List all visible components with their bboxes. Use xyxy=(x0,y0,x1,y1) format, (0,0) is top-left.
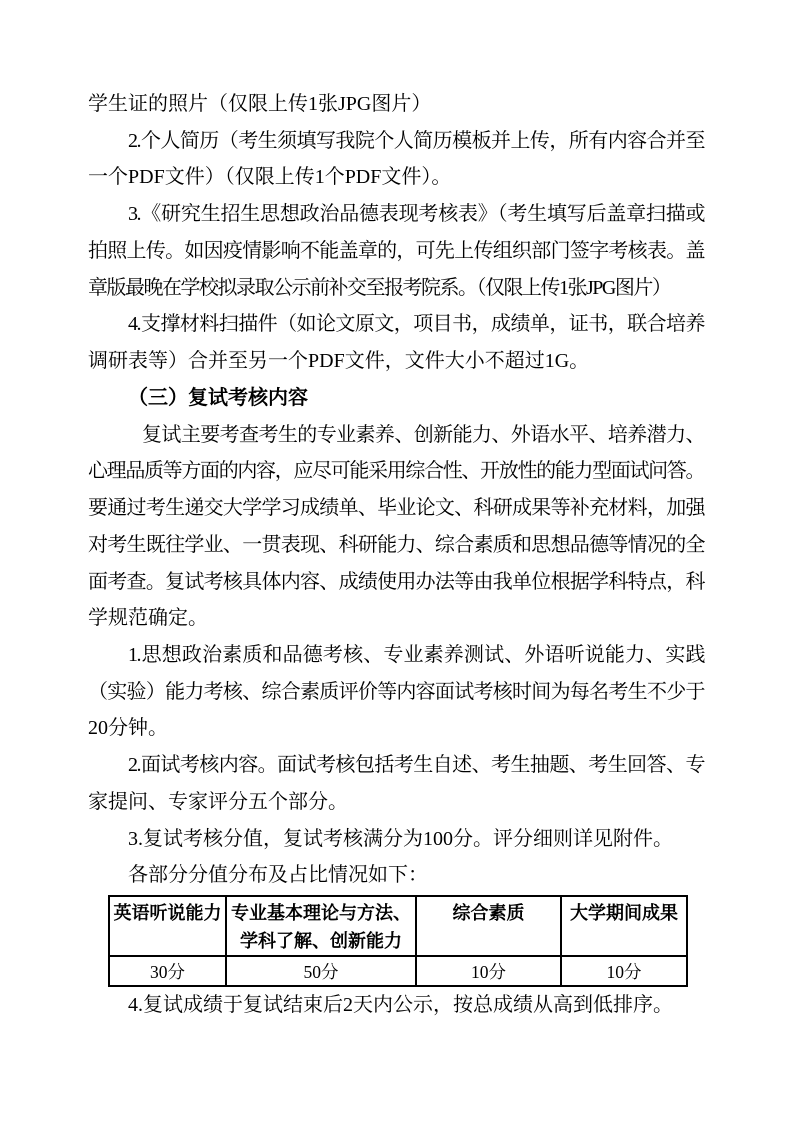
attachment-3-political-morality-form-line-3: 章版最晚在学校拟录取公示前补交至报考院系。（仅限上传1张JPG图片） xyxy=(88,270,704,307)
score-table: 英语听说能力 专业基本理论与方法、 学科了解、创新能力 综合素质 大学期间成果 … xyxy=(108,895,688,987)
table-value-cell-university-achievements: 10分 xyxy=(561,956,687,986)
item-1-assessment-scope-line-2: （实验）能力考核、综合素质评价等内容面试考核时间为每名考生不少于 xyxy=(88,674,704,711)
attachment-1-continuation-line-1: 学生证的照片（仅限上传1张JPG图片） xyxy=(88,86,704,123)
reexam-overview-line-2: 心理品质等方面的内容，应尽可能采用综合性、开放性的能力型面试问答。 xyxy=(88,453,704,490)
attachment-3-political-morality-form-line-1: 3.《研究生招生思想政治品德表现考核表》（考生填写后盖章扫描或 xyxy=(128,196,704,233)
item-4-result-publication-line-1: 4.复试成绩于复试结束后2天内公示，按总成绩从高到低排序。 xyxy=(128,987,704,1024)
item-2-interview-parts-line-2: 家提问、专家评分五个部分。 xyxy=(88,784,704,821)
item-1-assessment-scope-line-1: 1.思想政治素质和品德考核、专业素养测试、外语听说能力、实践 xyxy=(128,637,704,674)
attachment-4-support-materials-line-1: 4.支撑材料扫描件（如论文原文，项目书，成绩单，证书，联合培养 xyxy=(128,306,704,343)
reexam-overview-line-5: 面考查。复试考核具体内容、成绩使用办法等由我单位根据学科特点，科 xyxy=(88,564,704,601)
attachment-2-resume-line-1: 2.个人简历（考生须填写我院个人简历模板并上传，所有内容合并至 xyxy=(128,123,704,160)
item-1-assessment-scope-line-3: 20分钟。 xyxy=(88,710,704,747)
reexam-overview-line-4: 对考生既往学业、一贯表现、科研能力、综合素质和思想品德等情况的全 xyxy=(88,527,704,564)
section-heading-3-reexam-content-line-1: （三）复试考核内容 xyxy=(128,380,704,417)
attachment-2-resume-line-2: 一个PDF文件）（仅限上传1个PDF文件）。 xyxy=(88,159,704,196)
table-value-cell-english-listening-speaking: 30分 xyxy=(109,956,226,986)
attachment-4-support-materials-line-2: 调研表等）合并至另一个PDF文件，文件大小不超过1G。 xyxy=(88,343,704,380)
table-header-cell-english-listening-speaking: 英语听说能力 xyxy=(109,896,226,956)
score-distribution-intro-line-1: 各部分分值分布及占比情况如下： xyxy=(128,857,704,894)
table-header-cell-professional-theory-innovation: 专业基本理论与方法、 学科了解、创新能力 xyxy=(226,896,416,956)
table-header-cell-university-achievements: 大学期间成果 xyxy=(561,896,687,956)
item-3-full-score-line-1: 3.复试考核分值，复试考核满分为100分。评分细则详见附件。 xyxy=(128,821,704,858)
table-header-cell-comprehensive-quality: 综合素质 xyxy=(416,896,561,956)
table-value-cell-comprehensive-quality: 10分 xyxy=(416,956,561,986)
attachment-3-political-morality-form-line-2: 拍照上传。如因疫情影响不能盖章的，可先上传组织部门签字考核表。盖 xyxy=(88,233,704,270)
item-2-interview-parts-line-1: 2.面试考核内容。面试考核包括考生自述、考生抽题、考生回答、专 xyxy=(128,747,704,784)
score-table-header-row: 英语听说能力 专业基本理论与方法、 学科了解、创新能力 综合素质 大学期间成果 xyxy=(109,896,687,956)
reexam-overview-line-6: 学规范确定。 xyxy=(88,600,704,637)
score-table-value-row: 30分 50分 10分 10分 xyxy=(109,956,687,986)
reexam-overview-line-1: 复试主要考查考生的专业素养、创新能力、外语水平、培养潜力、 xyxy=(142,417,704,454)
document-page: 学生证的照片（仅限上传1张JPG图片）2.个人简历（考生须填写我院个人简历模板并… xyxy=(0,0,793,1122)
reexam-overview-line-3: 要通过考生递交大学学习成绩单、毕业论文、科研成果等补充材料，加强 xyxy=(88,490,704,527)
table-value-cell-professional-theory-innovation: 50分 xyxy=(226,956,416,986)
